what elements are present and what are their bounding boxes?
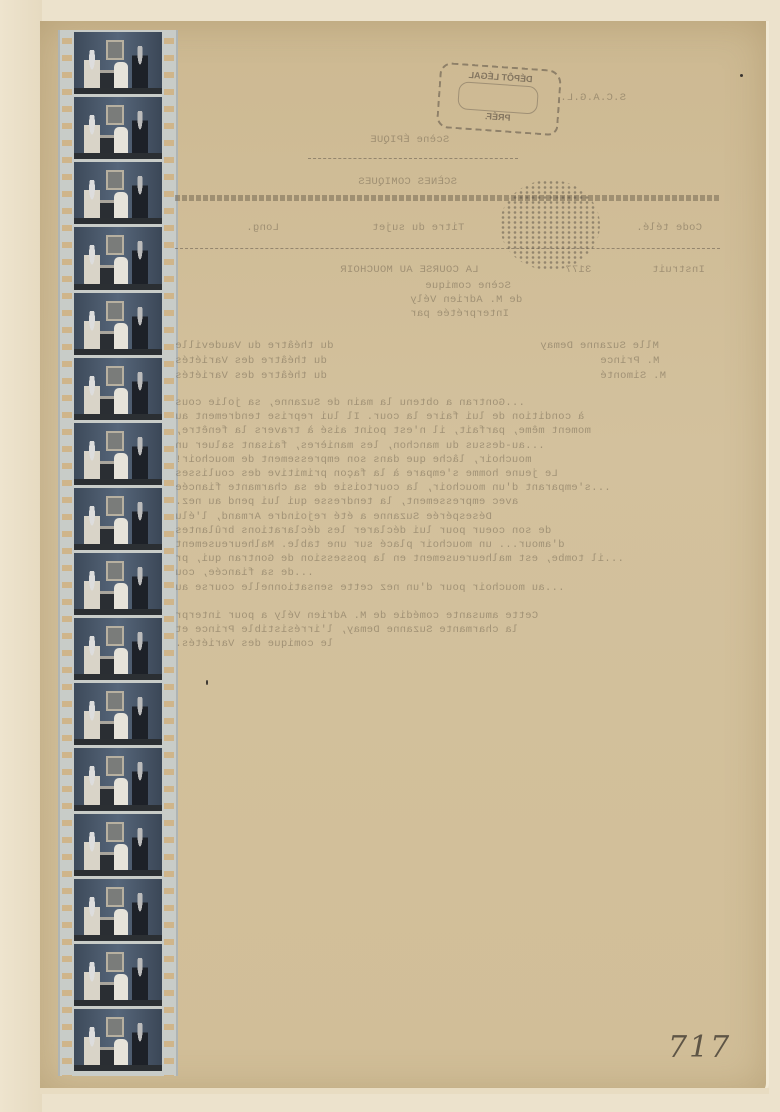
entry-performed-by: Interprétée par [410,308,509,320]
header-section: SCÈNES COMIQUES [358,176,457,188]
section-double-rule [175,195,720,201]
synopsis-line: mouchoir, lâche que dans son empressemen… [175,453,735,467]
synopsis-line: Cette amusante comédie de M. Adrien Vély… [175,609,735,623]
synopsis-line: ...de sa fiancée, cou [175,566,735,580]
cast-name: M. Simonté [600,370,666,382]
film-frame [74,293,162,355]
backdrop-left [0,0,42,1112]
film-frame [74,618,162,680]
synopsis-block: ...Gontran a obtenu la main de Suzanne, … [175,396,735,651]
cast-name: Mlle Suzanne Demay [540,340,659,352]
synopsis-line: ...au mouchoir pour d'un nez cette sensa… [175,581,735,595]
film-frame [74,488,162,550]
entry-subtitle: Scène comique [425,280,511,292]
synopsis-line: Le jeune homme s'empare à la façon primi… [175,467,735,481]
paper-speck [740,74,743,77]
sprocket-holes-left [62,30,72,1076]
film-strip [58,30,178,1076]
page-number: 717 [668,1030,731,1065]
synopsis-line: avec empressement, la tendresse qui lui … [175,495,735,509]
cast-theatre: du théâtre du Vaudeville [175,340,333,352]
paper-speck [206,680,208,685]
header-series: Scène ÉPIQUE [370,134,449,146]
column-header-code: Code télé. [636,222,702,234]
header-code: S.C.A.G.L. [560,92,626,104]
synopsis-line: ...s'emparant d'un mouchoir, la courtois… [175,481,735,495]
film-frame [74,423,162,485]
film-frame [74,814,162,876]
synopsis-line: la charmante Suzanne Demay, l'irrésistib… [175,623,735,637]
film-frame [74,32,162,94]
synopsis-line: ...il tombe, est malheureusement en la p… [175,552,735,566]
column-header-title: Titre du sujet [372,222,464,234]
synopsis-line: moment même, parfait, il n'est point ais… [175,424,735,438]
ink-blot [500,180,600,270]
film-frame [74,97,162,159]
film-frame [74,683,162,745]
synopsis-line [175,595,735,609]
synopsis-line: de son coeur pour lui déclarer les décla… [175,524,735,538]
column-header-length: Long. [246,222,279,234]
film-frame [74,553,162,615]
synopsis-line: Désespérée Suzanne a été rejoindre Arman… [175,510,735,524]
synopsis-line: ...Gontran a obtenu la main de Suzanne, … [175,396,735,410]
film-frame [74,748,162,810]
entry-number: 3177 [565,264,591,276]
page-bottom-edge [40,1088,769,1094]
film-frame [74,358,162,420]
synopsis-line: d'amour... un mouchoir placé sur une tab… [175,538,735,552]
film-frame [74,162,162,224]
sprocket-holes-right [164,30,174,1076]
depot-legal-stamp: DÉPÔT LÉGAL PRÉF. [436,62,562,136]
film-frame [74,879,162,941]
entry-code-word: Instruit [652,264,705,276]
entry-author: de M. Adrien Vély [410,294,522,306]
cast-name: M. Prince [600,355,659,367]
column-rule [175,248,720,249]
header-rule [308,158,518,159]
cast-theatre: du théâtre des Variétés [175,355,327,367]
synopsis-line: ...au-dessus du manchon, les manières, f… [175,439,735,453]
film-frame [74,227,162,289]
film-frames [74,32,162,1074]
film-frame [74,944,162,1006]
entry-title: LA COURSE AU MOUCHOIR [340,264,479,276]
cast-theatre: du théâtre des Variétés [175,370,327,382]
film-frame [74,1009,162,1071]
synopsis-line: à condition de lui faire la cour. Il lui… [175,410,735,424]
synopsis-line: le comique des Variétés. [175,637,735,651]
